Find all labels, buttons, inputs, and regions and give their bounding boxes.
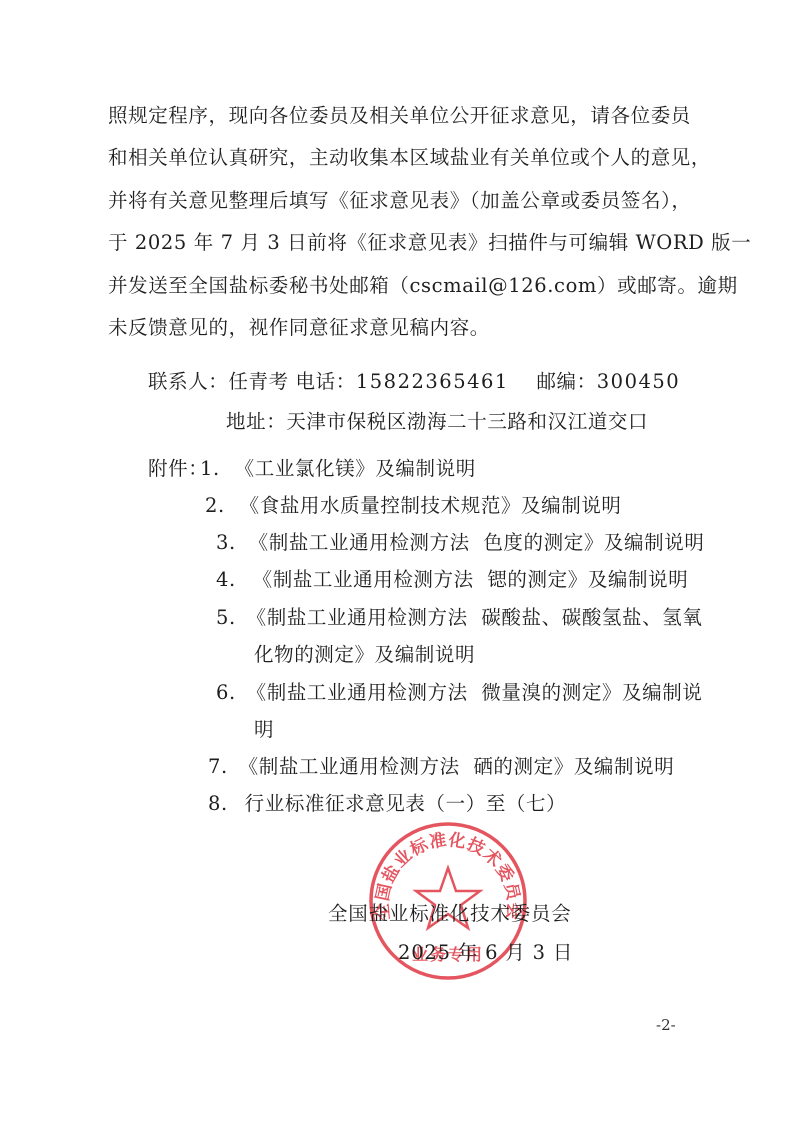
page-number: -2- [656,1016,676,1034]
signing-organization: 全国盐业标准化技术委员会 [328,901,572,927]
attachment-title: 《制盐工业通用检测方法 微量溴的测定》及编制说 [247,681,703,704]
postcode: 300450 [597,370,680,393]
phone-number: 15822365461 [356,370,509,393]
address-label: 地址： [226,410,286,433]
attachment-title: 《工业氯化镁》及编制说明 [235,457,476,480]
attachment-number: 3. [216,531,236,554]
attachment-title: 行业标准征求意见表（一）至（七） [245,792,567,815]
body-line: 照规定程序，现向各位委员及相关单位公开征求意见，请各位委员 [108,103,688,129]
attachment-title: 《制盐工业通用检测方法 硒的测定》及编制说明 [239,755,675,778]
address-value: 天津市保税区渤海二十三路和汉江道交口 [286,410,648,433]
attachment-item: 4. 《制盐工业通用检测方法 锶的测定》及编制说明 [216,567,688,593]
attachment-item: 5. 《制盐工业通用检测方法 碳酸盐、碳酸氢盐、氢氧 [216,605,702,631]
attachment-number: 6. [216,681,236,704]
body-line: 并将有关意见整理后填写《征求意见表》（加盖公章或委员签名）， [108,188,688,214]
attachment-item: 3. 《制盐工业通用检测方法 色度的测定》及编制说明 [216,530,704,556]
postcode-label: 邮编： [536,370,596,393]
contact-name: 任青考 [228,370,288,393]
attachment-number: 1. [200,457,220,480]
attachment-title: 《食盐用水质量控制技术规范》及编制说明 [240,494,622,517]
contact-label: 联系人： [148,370,228,393]
body-line: 未反馈意见的，视作同意征求意见稿内容。 [108,315,688,341]
attachment-number: 5. [216,606,236,629]
body-line: 并发送至全国盐标委秘书处邮箱（cscmail@126.com）或邮寄。逾期 [108,273,688,299]
attachment-item: 1. 《工业氯化镁》及编制说明 [200,456,476,482]
body-line: 于 2025 年 7 月 3 日前将《征求意见表》扫描件与可编辑 WORD 版一 [108,230,688,256]
phone-label: 电话： [296,370,356,393]
attachment-number: 2. [205,494,225,517]
attachment-item: 6. 《制盐工业通用检测方法 微量溴的测定》及编制说 [216,680,702,706]
attachment-title: 《制盐工业通用检测方法 锶的测定》及编制说明 [253,568,689,591]
attachment-number: 4. [216,568,236,591]
attachment-number: 8. [208,792,228,815]
attachment-item: 2. 《食盐用水质量控制技术规范》及编制说明 [205,493,622,519]
signing-date: 2025 年 6 月 3 日 [398,940,573,966]
attachment-continuation: 化物的测定》及编制说明 [254,642,475,668]
body-line: 和相关单位认真研究，主动收集本区域盐业有关单位或个人的意见， [108,145,688,171]
address-line: 地址：天津市保税区渤海二十三路和汉江道交口 [226,409,648,435]
attachment-continuation: 明 [254,717,274,743]
contact-line: 联系人：任青考 电话：15822365461 邮编：300450 [148,369,680,395]
attachment-item: 8. 行业标准征求意见表（一）至（七） [208,791,566,817]
attachment-title: 《制盐工业通用检测方法 碳酸盐、碳酸氢盐、氢氧 [247,606,703,629]
attachment-item: 7. 《制盐工业通用检测方法 硒的测定》及编制说明 [208,754,674,780]
attachment-title: 《制盐工业通用检测方法 色度的测定》及编制说明 [249,531,705,554]
attachment-number: 7. [208,755,228,778]
